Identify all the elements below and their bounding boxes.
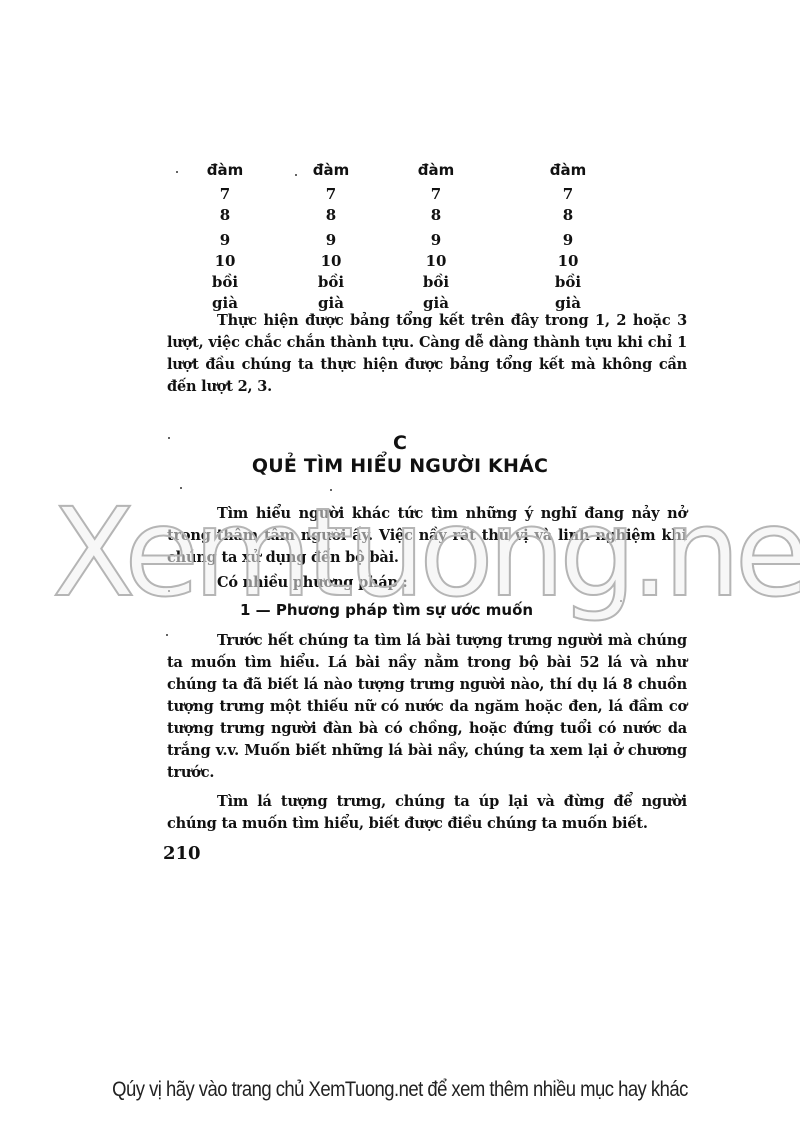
paragraph-text: Thực hiện được bảng tổng kết trên đây tr… (167, 312, 687, 395)
table-cell: 8 (401, 205, 471, 226)
footer-banner[interactable]: Qúy vị hãy vào trang chủ XemTuong.net để… (48, 1078, 752, 1102)
table-cell: bồi (190, 272, 260, 293)
column-header: đàm (190, 160, 260, 184)
table-column: đàm 7 8 9 10 bồi già (190, 160, 260, 314)
paragraph-text: Tìm lá tượng trưng, chúng ta úp lại và đ… (167, 793, 687, 832)
column-header: đàm (401, 160, 471, 184)
table-cell: bồi (533, 272, 603, 293)
table-cell: 9 (296, 230, 366, 251)
scan-speck (166, 634, 168, 636)
table-cell: 9 (401, 230, 471, 251)
subheading: 1 — Phương pháp tìm sự ước muốn (240, 601, 533, 619)
table-column: đàm 7 8 9 10 bồi già (401, 160, 471, 314)
table-cell: 9 (190, 230, 260, 251)
scan-speck (295, 174, 297, 176)
table-cell: 10 (401, 251, 471, 272)
table-cell: bồi (296, 272, 366, 293)
column-header: đàm (296, 160, 366, 184)
table-cell: 7 (296, 184, 366, 205)
page-number: 210 (163, 843, 201, 864)
scan-speck (168, 590, 170, 592)
paragraph-text: Tìm hiểu người khác tức tìm những ý nghĩ… (167, 505, 687, 566)
paragraph-text: Có nhiều phương pháp : (217, 574, 408, 591)
paragraph: Tìm lá tượng trưng, chúng ta úp lại và đ… (167, 791, 687, 835)
table-cell: 9 (533, 230, 603, 251)
section-title: QUẺ TÌM HIỂU NGƯỜI KHÁC (0, 455, 800, 477)
paragraph: Có nhiều phương pháp : (167, 572, 687, 594)
table-cell: 8 (296, 205, 366, 226)
table-cell: 8 (533, 205, 603, 226)
table-cell: 7 (533, 184, 603, 205)
table-cell: bồi (401, 272, 471, 293)
table-cell: 8 (190, 205, 260, 226)
scan-speck (180, 487, 182, 489)
scan-speck (176, 171, 178, 173)
table-cell: 10 (533, 251, 603, 272)
table-cell: 10 (190, 251, 260, 272)
paragraph: Tìm hiểu người khác tức tìm những ý nghĩ… (167, 503, 687, 569)
paragraph: Trước hết chúng ta tìm lá bài tượng trưn… (167, 630, 687, 784)
table-cell: 7 (401, 184, 471, 205)
paragraph-text: Trước hết chúng ta tìm lá bài tượng trưn… (167, 632, 687, 781)
section-letter: C (0, 432, 800, 454)
table-cell: 10 (296, 251, 366, 272)
scan-speck (330, 489, 332, 491)
table-column: đàm 7 8 9 10 bồi già (533, 160, 603, 314)
table-column: đàm 7 8 9 10 bồi già (296, 160, 366, 314)
scan-speck (620, 600, 622, 602)
paragraph: Thực hiện được bảng tổng kết trên đây tr… (167, 310, 687, 398)
table-cell: 7 (190, 184, 260, 205)
column-header: đàm (533, 160, 603, 184)
scan-speck (168, 437, 170, 439)
book-page: đàm 7 8 9 10 bồi già đàm 7 8 9 10 bồi gi… (0, 0, 800, 1132)
